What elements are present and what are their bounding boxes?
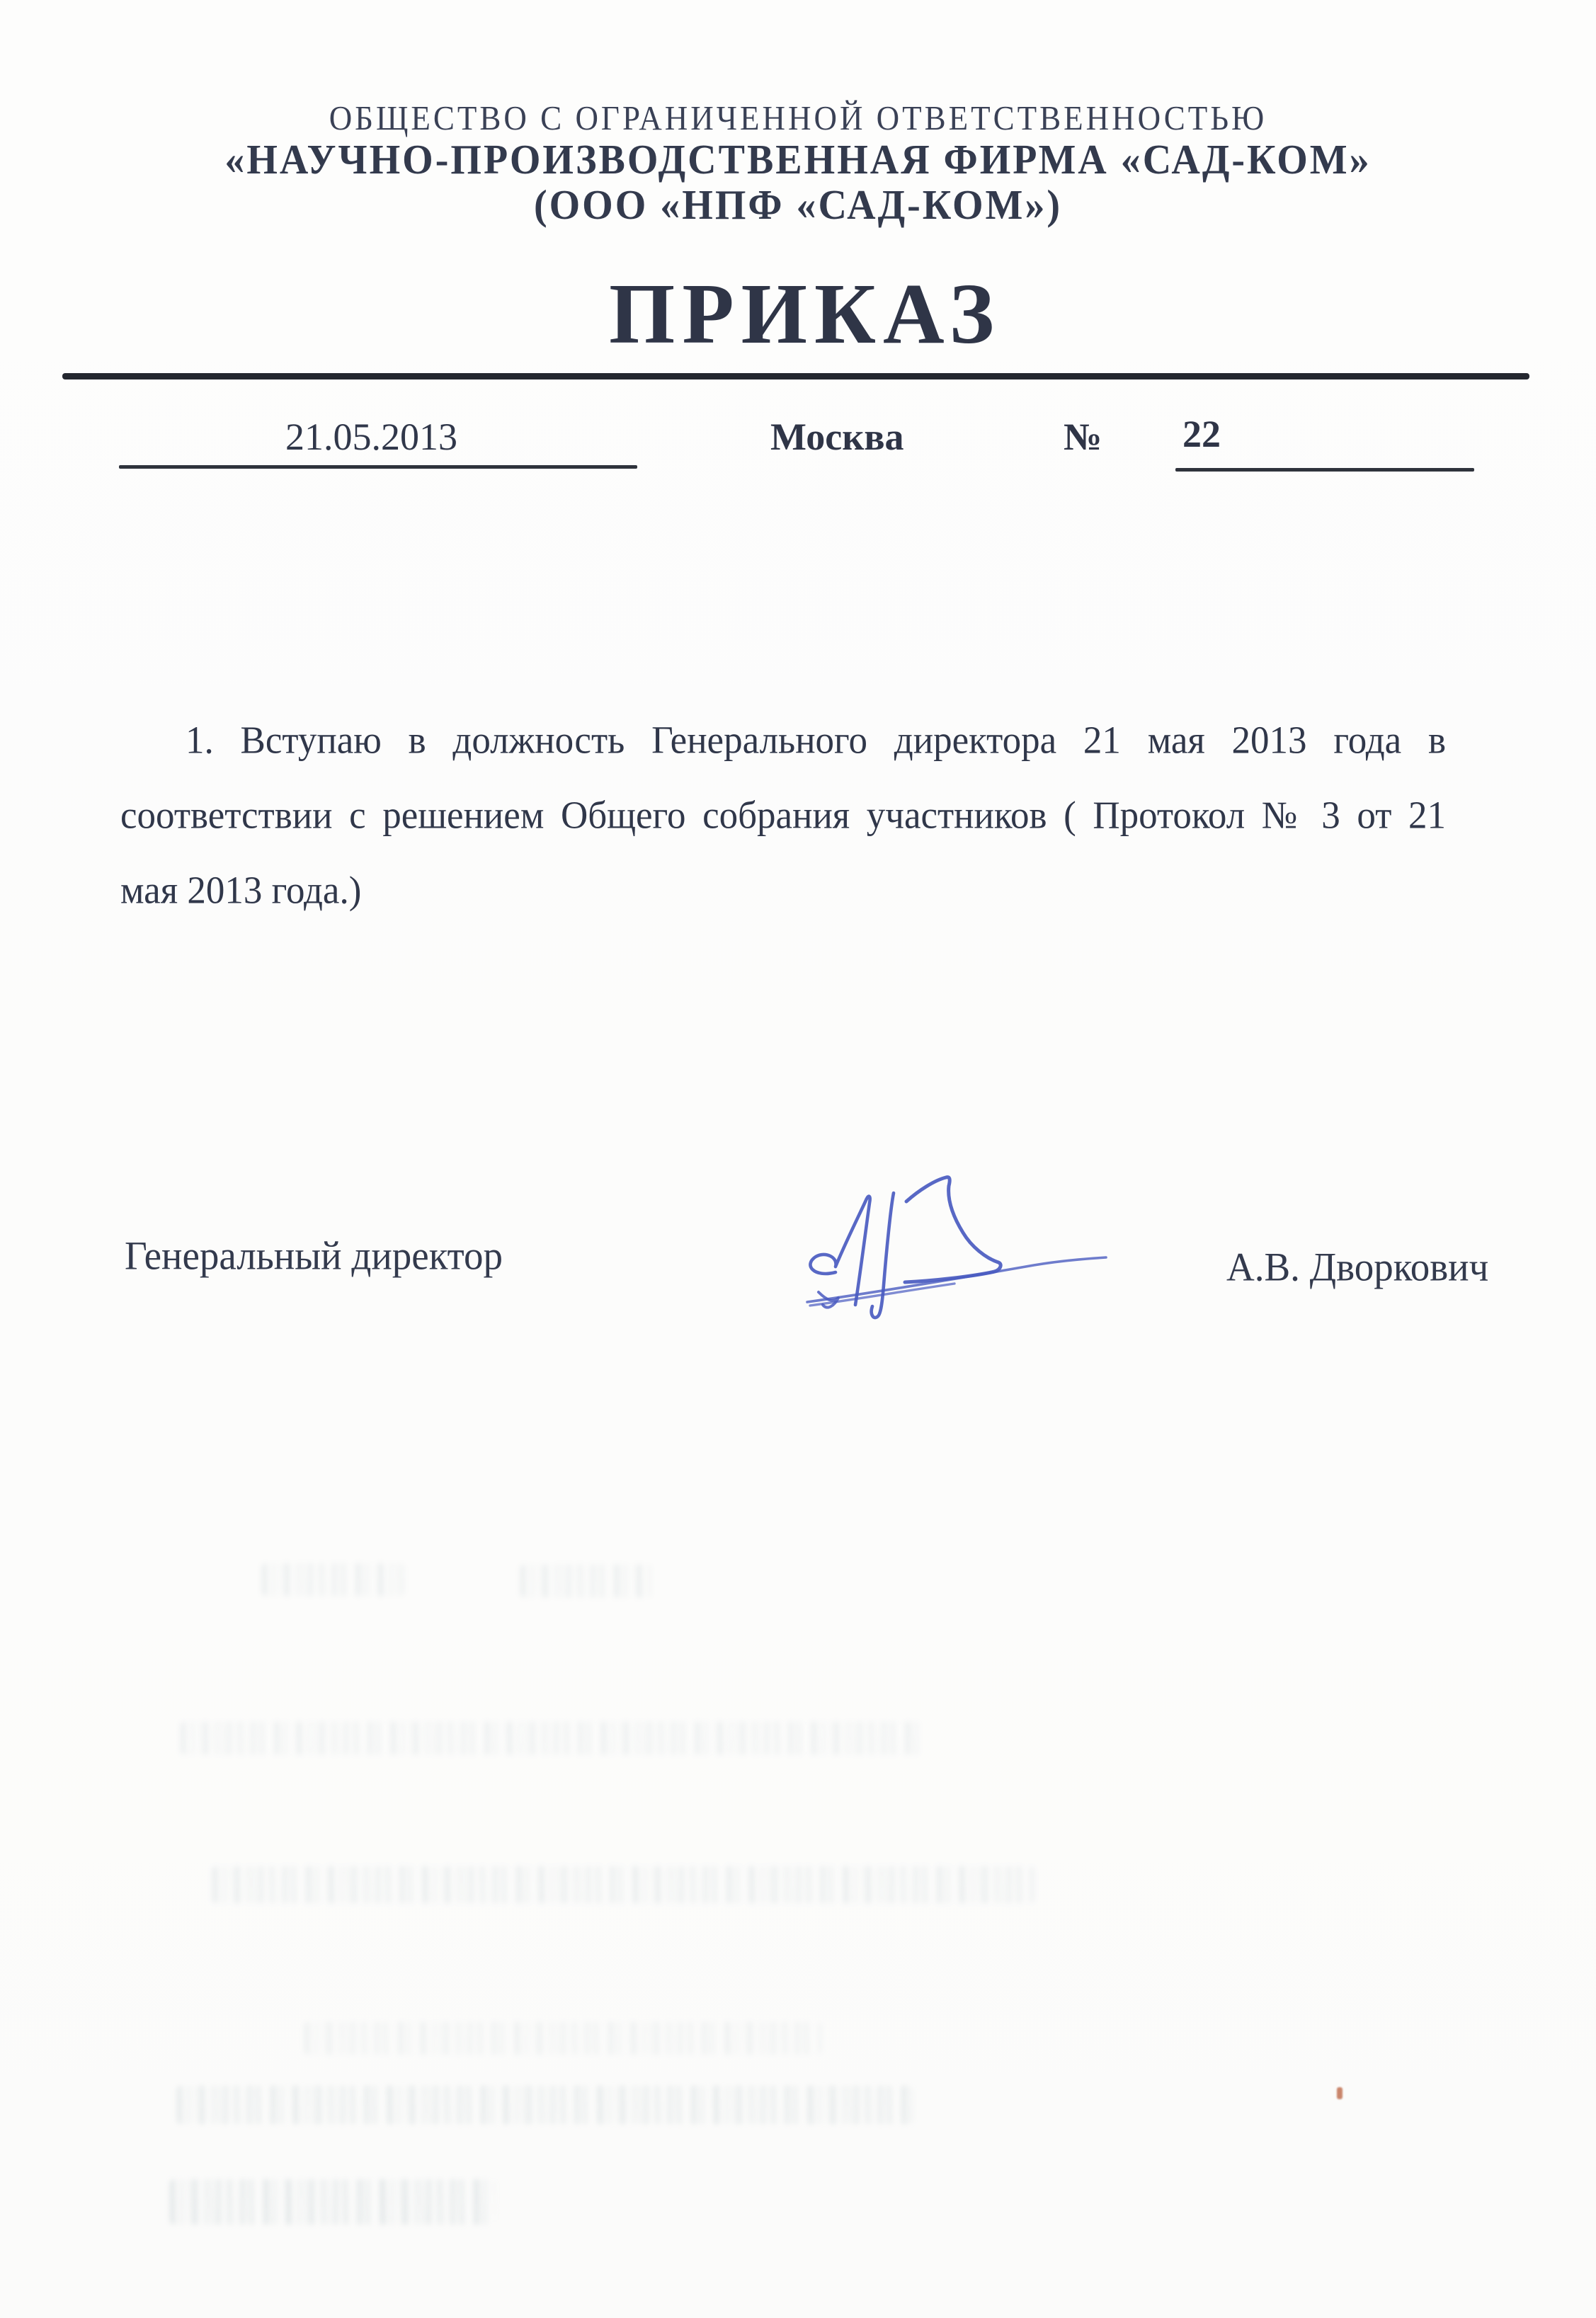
scanned-order-page: ОБЩЕСТВО С ОГРАНИЧЕННОЙ ОТВЕТСТВЕННОСТЬЮ… [0,0,1596,2318]
doc-type-title: ПРИКАЗ [0,264,1596,364]
body-paragraph: 1. Вступаю в должность Генерального дире… [120,703,1446,928]
bleedthrough-smudge [262,1563,404,1596]
signature-scribble [793,1165,1119,1335]
date-value: 21.05.2013 [285,415,457,459]
red-ink-speck [1337,2087,1343,2099]
city-value: Москва [770,415,904,459]
number-sign: № [1064,415,1102,459]
signature-position-label: Генеральный директор [125,1233,503,1279]
bleedthrough-smudge [181,1722,924,1754]
date-underline [119,465,637,469]
bleedthrough-smudge [304,2022,821,2055]
body-paragraph-line-3: мая 2013 года.) [120,854,1446,929]
org-name-line-2: «НАУЧНО-ПРОИЗВОДСТВЕННАЯ ФИРМА «САД-КОМ» [0,136,1596,183]
bleedthrough-smudge [177,2086,913,2124]
separator-rule [62,373,1529,379]
body-paragraph-line-1: 1. Вступаю в должность Генерального дире… [120,703,1446,778]
bleedthrough-smudge [212,1866,1034,1903]
bleedthrough-smudge [170,2179,496,2225]
order-number-underline [1175,468,1474,472]
body-paragraph-line-2: соответствии с решением Общего собрания … [120,778,1446,853]
bleedthrough-smudge [520,1565,651,1597]
org-name-line-3: (ООО «НПФ «САД-КОМ») [0,181,1596,229]
signee-name: А.В. Дворкович [1226,1244,1488,1291]
org-name-line-1: ОБЩЕСТВО С ОГРАНИЧЕННОЙ ОТВЕТСТВЕННОСТЬЮ [0,98,1596,138]
order-number: 22 [1182,412,1221,456]
